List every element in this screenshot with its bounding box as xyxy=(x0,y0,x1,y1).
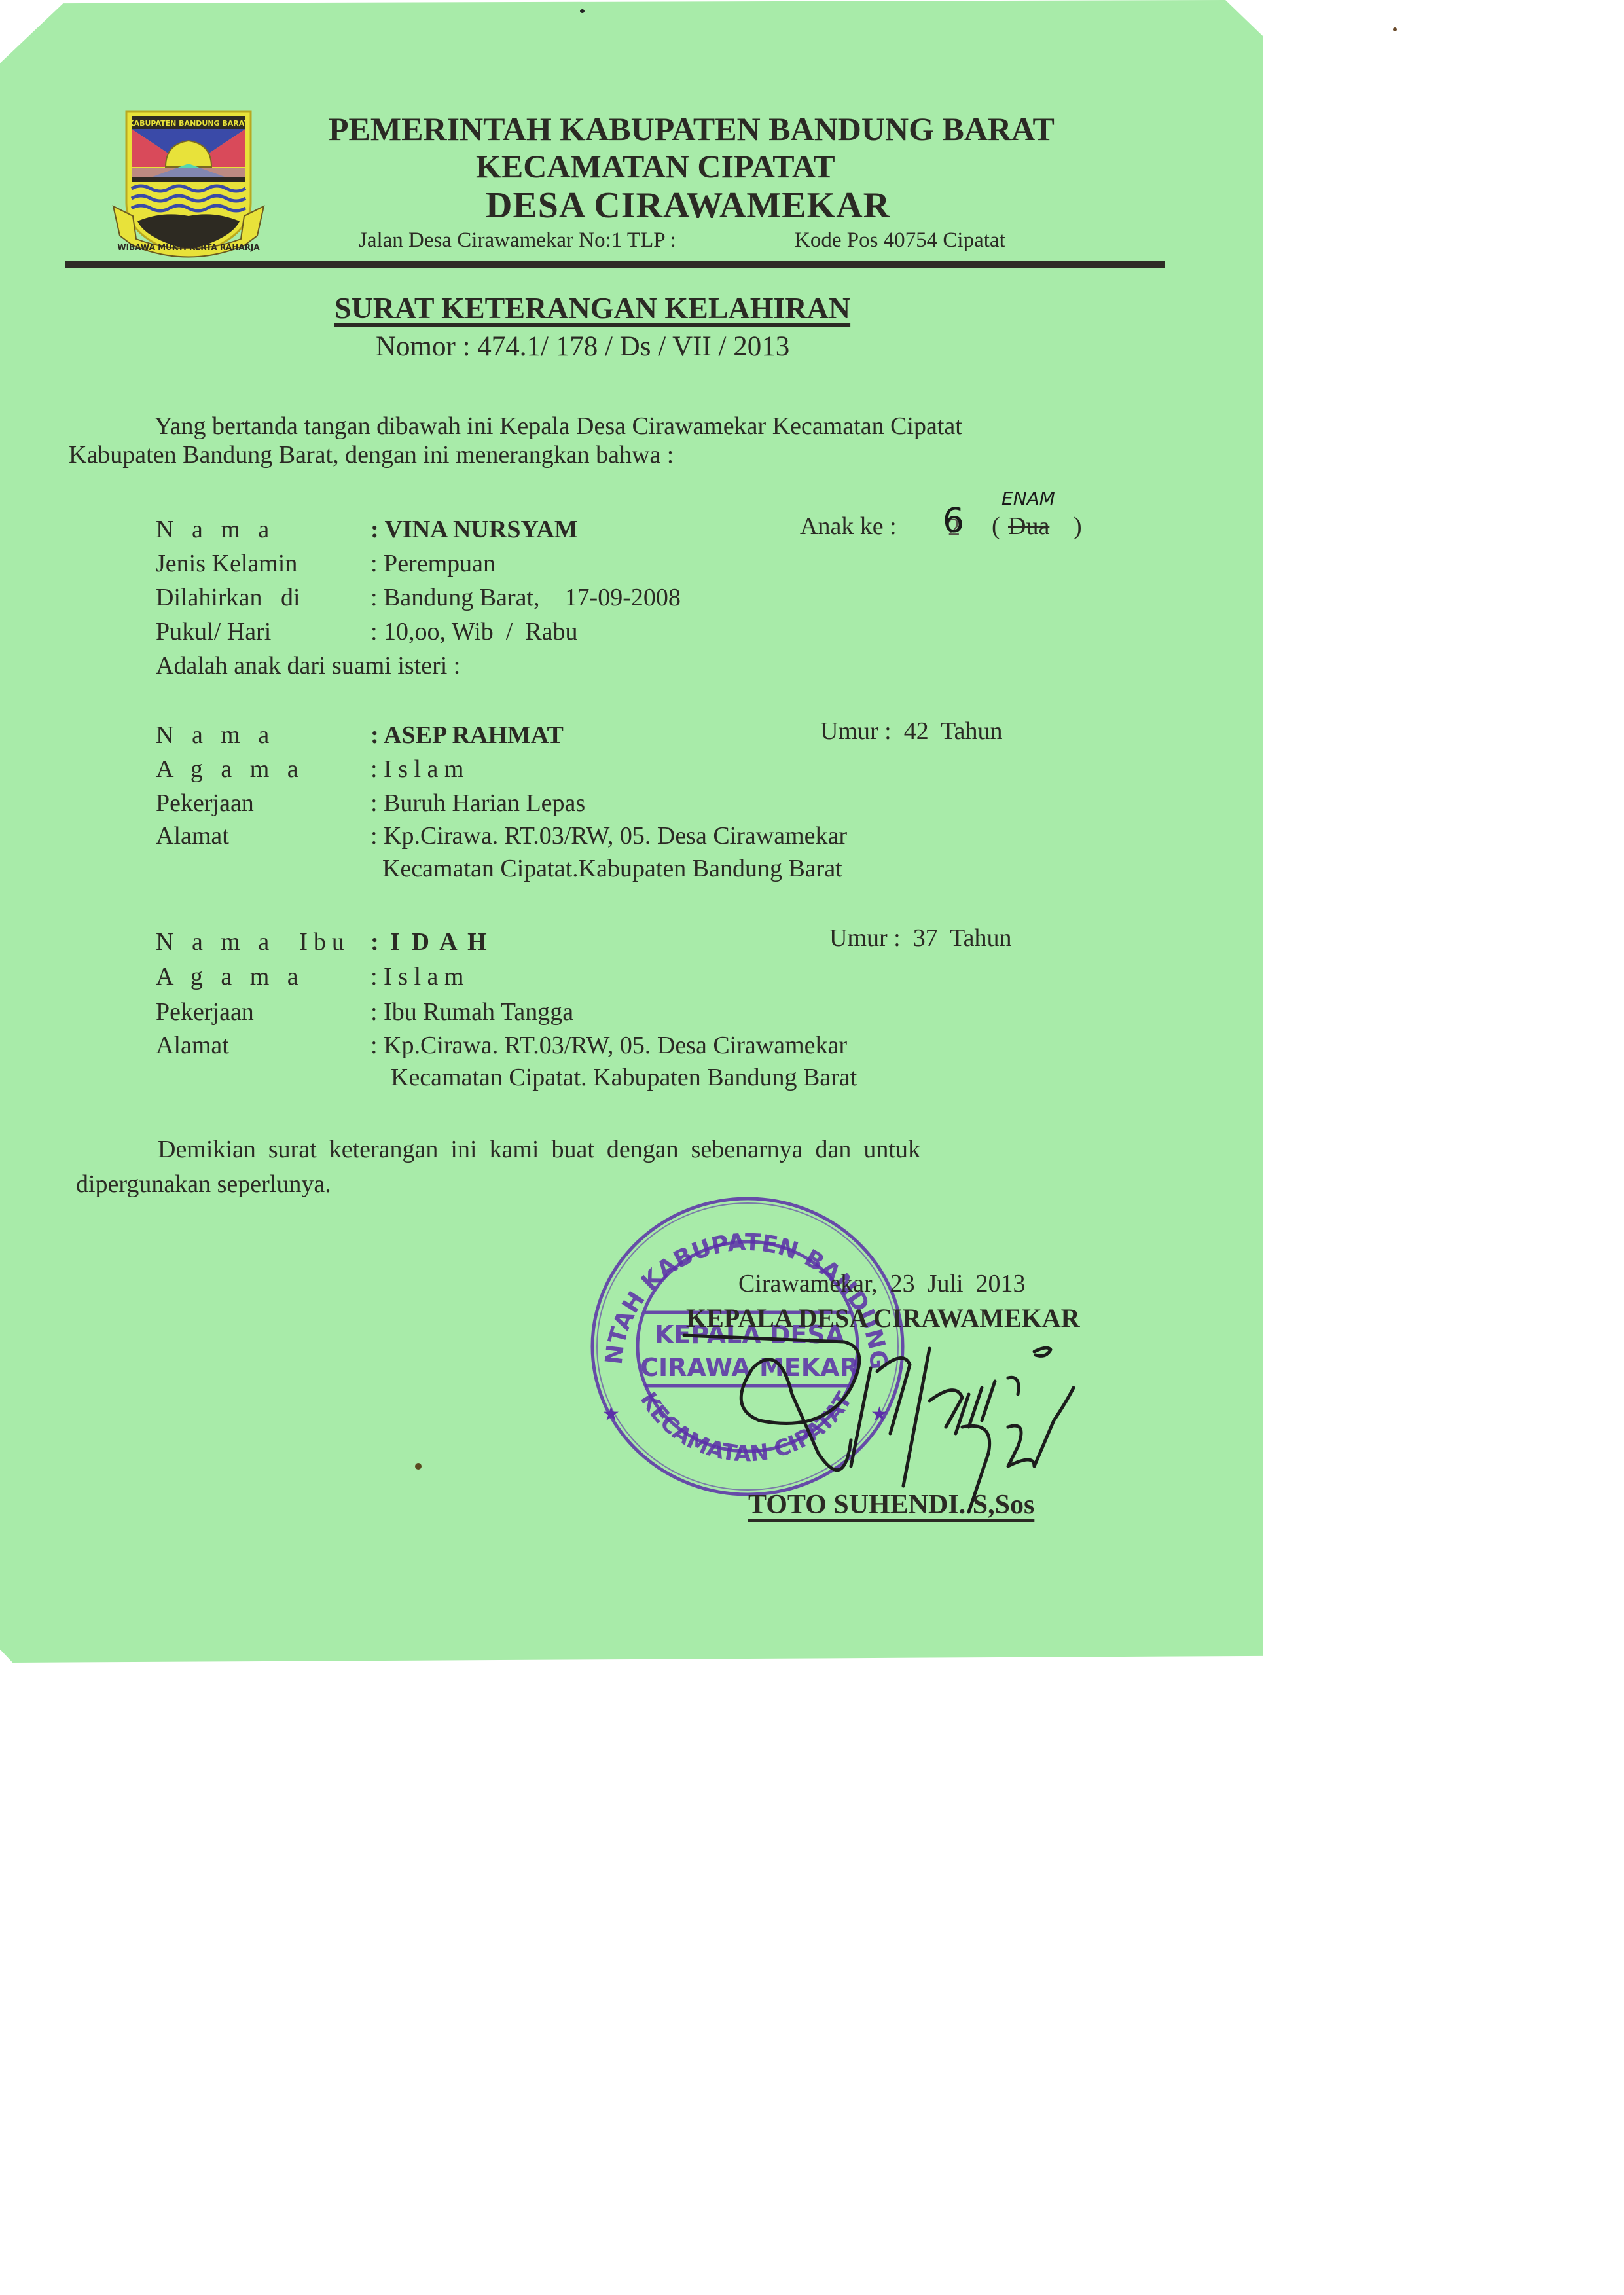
document-title: SURAT KETERANGAN KELAHIRAN xyxy=(334,293,850,323)
parents-intro: Adalah anak dari suami isteri : xyxy=(156,653,460,678)
header-divider xyxy=(65,261,1165,268)
scan-speck xyxy=(1393,27,1397,31)
father-occupation-label: Pekerjaan xyxy=(156,791,254,816)
mother-occupation-value: : Ibu Rumah Tangga xyxy=(370,1000,573,1024)
father-address-value: : Kp.Cirawa. RT.03/RW, 05. Desa Cirawame… xyxy=(370,823,847,848)
header-village: DESA CIRAWAMEKAR xyxy=(486,187,890,224)
closing-line-1: Demikian surat keterangan ini kami buat … xyxy=(158,1137,920,1162)
mother-religion-value: : I s l a m xyxy=(370,964,463,989)
mother-address-value: : Kp.Cirawa. RT.03/RW, 05. Desa Cirawame… xyxy=(370,1033,847,1058)
mother-age: Umur : 37 Tahun xyxy=(829,926,1011,950)
mother-address-label: Alamat xyxy=(156,1033,229,1058)
father-religion-value: : I s l a m xyxy=(370,757,463,782)
header-address: Jalan Desa Cirawamekar No:1 TLP : xyxy=(359,230,676,251)
header-government: PEMERINTAH KABUPATEN BANDUNG BARAT xyxy=(329,113,1055,145)
header-district: KECAMATAN CIPATAT xyxy=(476,150,835,183)
signatory-name: TOTO SUHENDI. S,Sos xyxy=(748,1491,1034,1519)
child-name-label: N a m a xyxy=(156,517,275,542)
svg-text:WIBAWA MUKTI KERTA RAHARJA: WIBAWA MUKTI KERTA RAHARJA xyxy=(117,243,260,252)
intro-line-1: Yang bertanda tangan dibawah ini Kepala … xyxy=(154,414,962,439)
birth-order-label: Anak ke : xyxy=(800,514,897,539)
paren-open: ( xyxy=(992,514,1000,539)
birth-order-word-struck: Dua xyxy=(1008,514,1049,539)
closing-line-2: dipergunakan seperlunya. xyxy=(76,1172,331,1197)
mother-name-value: : I D A H xyxy=(370,930,490,954)
mother-address-cont: Kecamatan Cipatat. Kabupaten Bandung Bar… xyxy=(391,1065,857,1090)
father-address-cont: Kecamatan Cipatat.Kabupaten Bandung Bara… xyxy=(382,856,842,881)
child-birthplace-value: : Bandung Barat, 17-09-2008 xyxy=(370,585,681,610)
stamp-star-icon: ★ xyxy=(602,1403,620,1425)
svg-text:KABUPATEN BANDUNG BARAT: KABUPATEN BANDUNG BARAT xyxy=(128,119,249,128)
document-number: Nomor : 474.1/ 178 / Ds / VII / 2013 xyxy=(376,333,789,361)
birth-order-word-handwritten: ENAM xyxy=(1001,490,1055,508)
father-name-label: N a m a xyxy=(156,723,275,748)
child-birthplace-label: Dilahirkan di xyxy=(156,585,300,610)
child-gender-label: Jenis Kelamin xyxy=(156,551,297,576)
document-paper: KABUPATEN BANDUNG BARAT WIBAWA MUKTI KER… xyxy=(0,0,1263,1663)
father-occupation-value: : Buruh Harian Lepas xyxy=(370,791,585,816)
mother-religion-label: A g a m a xyxy=(156,964,304,989)
birth-order-handwritten: 6 xyxy=(943,504,964,538)
mother-name-label: N a m a Ibu xyxy=(156,930,350,954)
father-name-value: : ASEP RAHMAT xyxy=(370,723,564,748)
intro-line-2: Kabupaten Bandung Barat, dengan ini mene… xyxy=(69,443,674,467)
paper-speck xyxy=(415,1463,422,1470)
mother-occupation-label: Pekerjaan xyxy=(156,1000,254,1024)
signature-place-date: Cirawamekar, 23 Juli 2013 xyxy=(738,1271,1026,1296)
paper-speck xyxy=(580,9,585,13)
father-address-label: Alamat xyxy=(156,823,229,848)
regency-coat-of-arms-icon: KABUPATEN BANDUNG BARAT WIBAWA MUKTI KER… xyxy=(110,105,267,265)
child-gender-value: : Perempuan xyxy=(370,551,496,576)
child-time-value: : 10,oo, Wib / Rabu xyxy=(370,619,578,644)
father-religion-label: A g a m a xyxy=(156,757,304,782)
child-name-value: : VINA NURSYAM xyxy=(370,517,578,542)
father-age: Umur : 42 Tahun xyxy=(820,719,1002,744)
paren-close: ) xyxy=(1074,514,1082,539)
header-postal-code: Kode Pos 40754 Cipatat xyxy=(795,230,1005,251)
child-time-label: Pukul/ Hari xyxy=(156,619,271,644)
